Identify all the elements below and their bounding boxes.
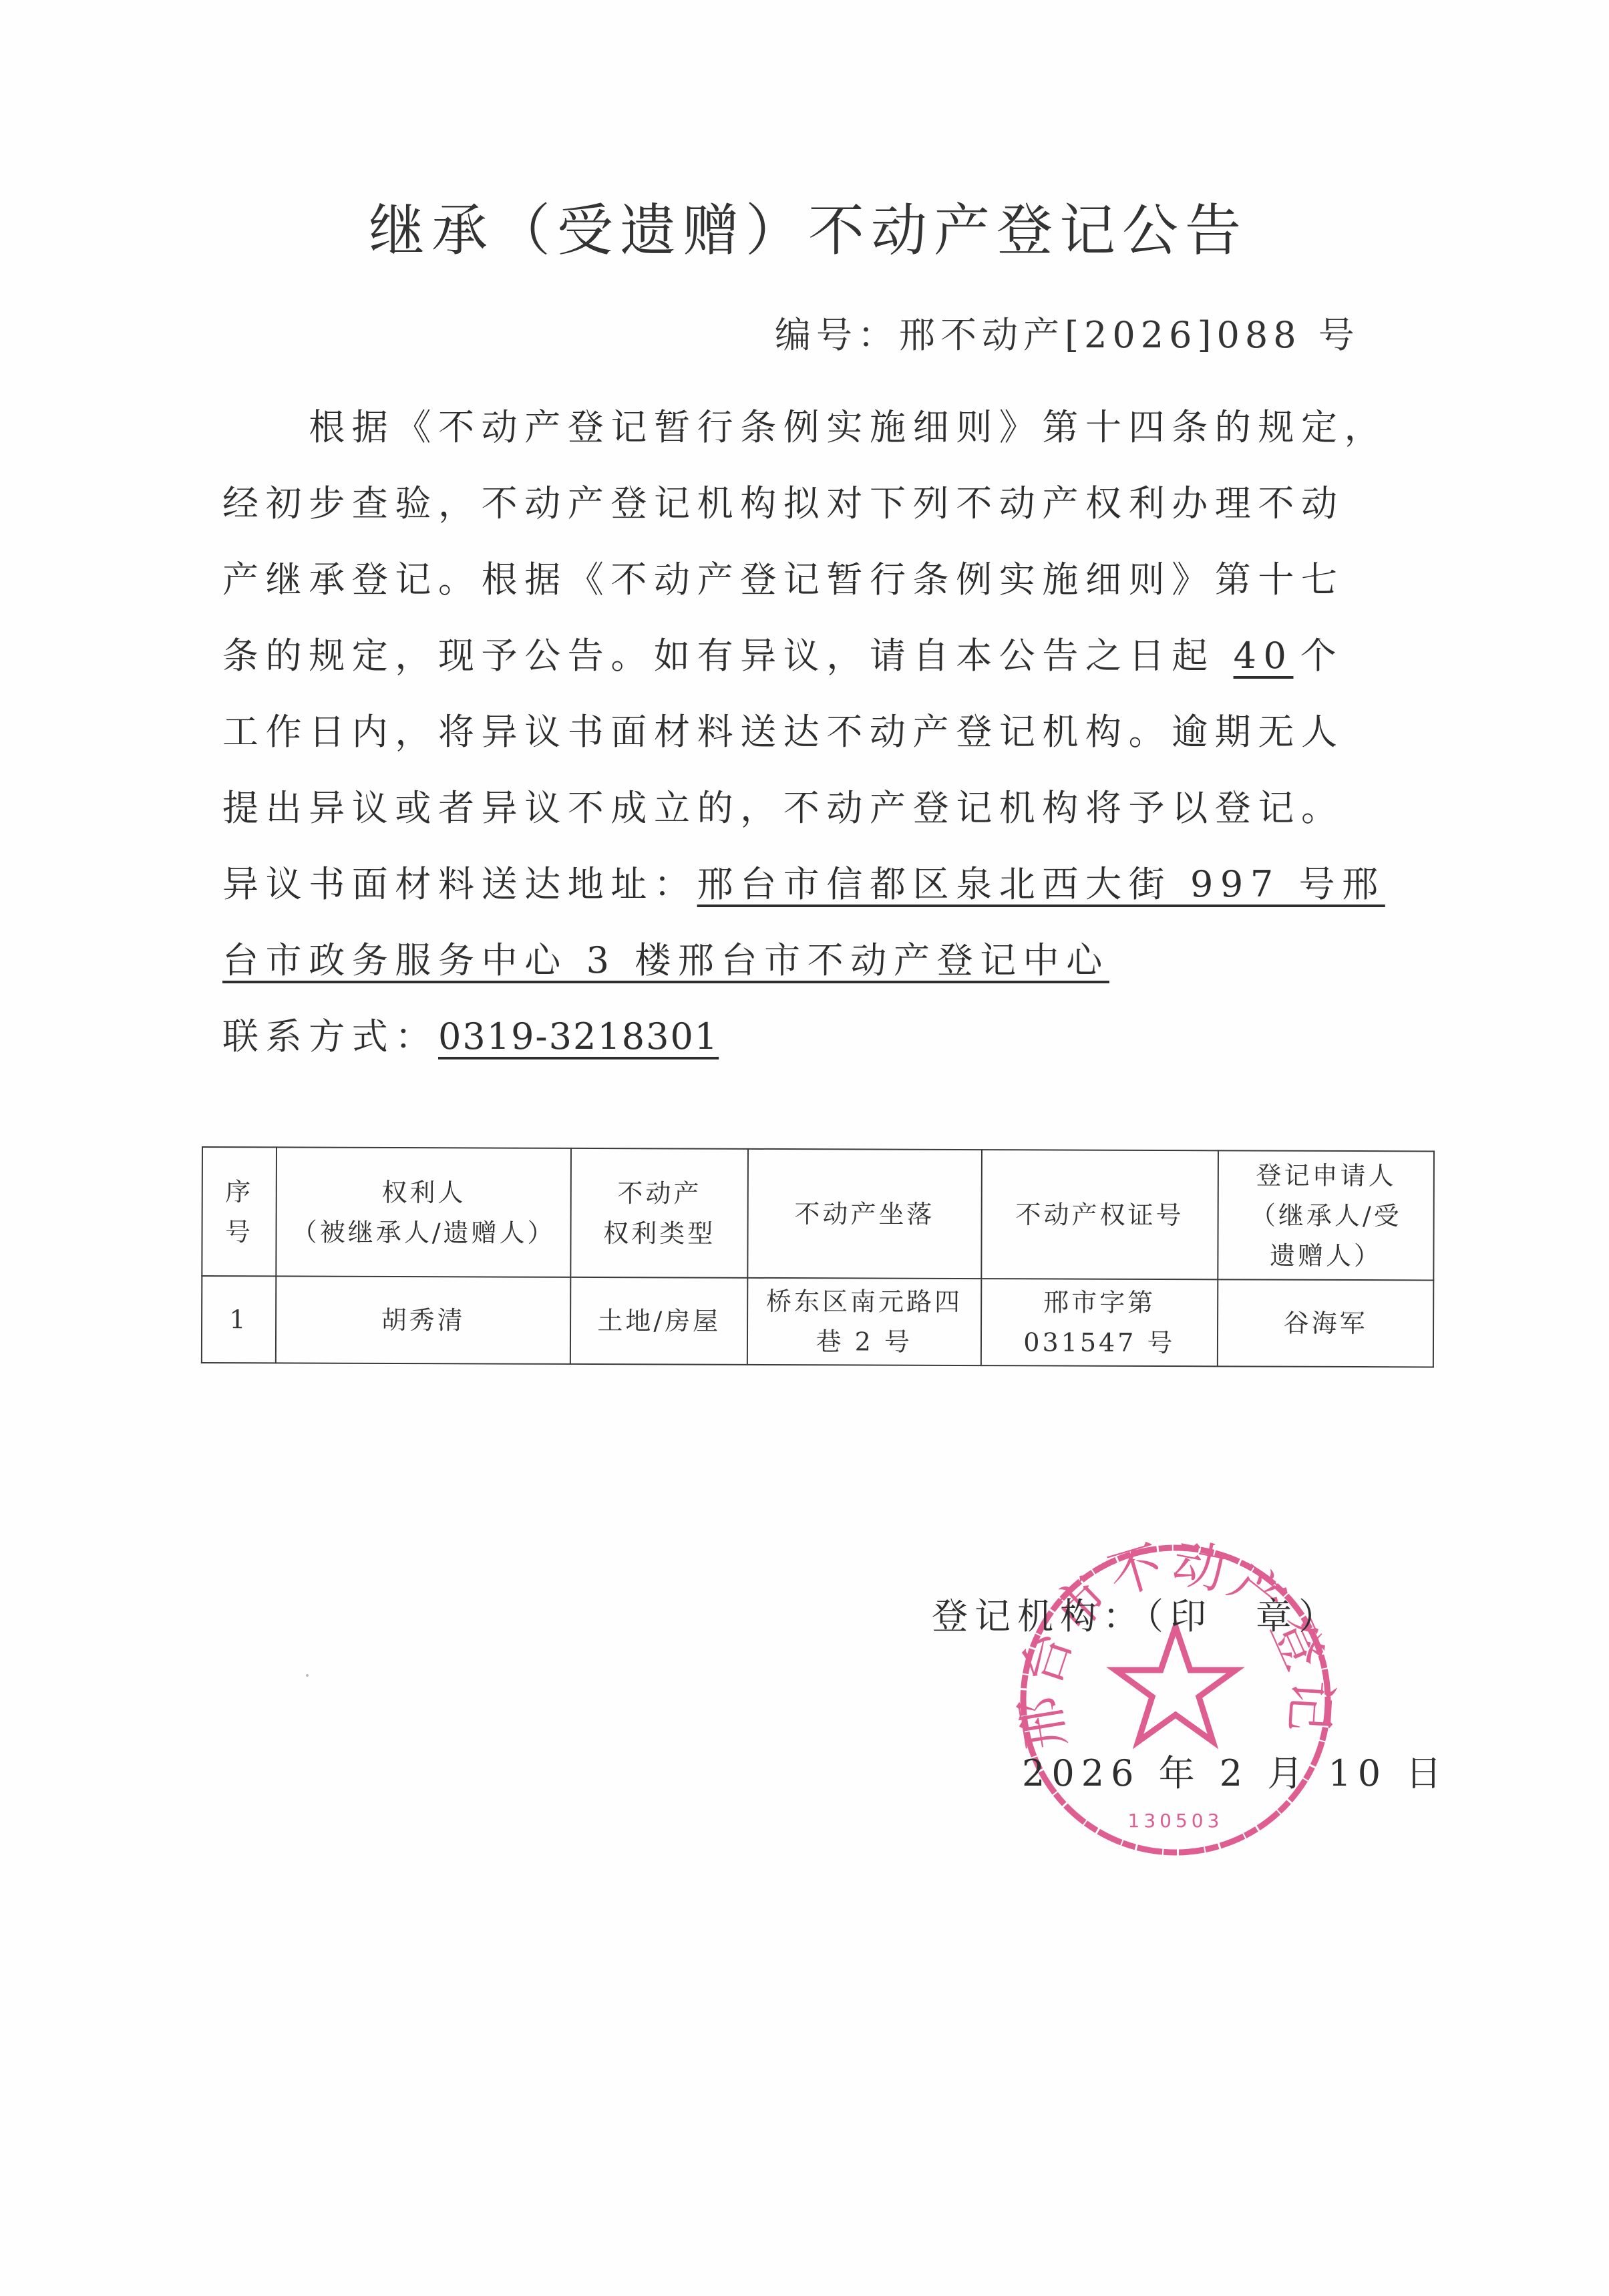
svg-text:130503: 130503 [1128,1810,1224,1832]
document-page: 继承（受遗赠）不动产登记公告 编号：邢不动产[2026]088 号 根据《不动产… [0,0,1609,2296]
body-line-1: 根据《不动产登记暂行条例实施细则》第十四条的规定， [222,401,1387,454]
cell-index: 1 [202,1276,276,1363]
body-line-6: 提出异议或者异议不成立的，不动产登记机构将予以登记。 [222,782,1345,835]
table-row: 1 胡秀清 土地/房屋 桥东区南元路四 巷 2 号 邢市字第 031547 号 … [202,1276,1433,1367]
cell-certificate-no: 邢市字第 031547 号 [980,1279,1218,1366]
address-value-1: 邢台市信都区泉北西大街 997 号邢 [697,863,1385,905]
cell-applicant: 谷海军 [1218,1279,1433,1367]
page-title: 继承（受遗赠）不动产登记公告 [0,194,1609,267]
table-header-row: 序 号 权利人 （被继承人/遗赠人） 不动产 权利类型 不动产坐落 不动产权证号 [202,1147,1434,1280]
cell-right-type: 土地/房屋 [570,1277,747,1365]
header-certificate-no: 不动产权证号 [981,1150,1218,1279]
header-right-type: 不动产 权利类型 [571,1148,748,1278]
contact-phone: 0319-3218301 [438,1015,719,1057]
document-number: 编号：邢不动产[2026]088 号 [775,309,1360,362]
address-line-1: 异议书面材料送达地址：邢台市信都区泉北西大街 997 号邢 [222,858,1385,911]
contact-label: 联系方式： [222,1015,438,1057]
registration-table: 序 号 权利人 （被继承人/遗赠人） 不动产 权利类型 不动产坐落 不动产权证号 [201,1146,1435,1367]
body-line-3: 产继承登记。根据《不动产登记暂行条例实施细则》第十七 [222,553,1345,607]
issue-date: 2026 年 2 月 10 日 [1022,1747,1448,1800]
address-label: 异议书面材料送达地址： [222,863,697,905]
contact-line: 联系方式：0319-3218301 [222,1010,719,1063]
header-location: 不动产坐落 [747,1149,981,1279]
body-line-4-text: 条的规定，现予公告。如有异议，请自本公告之日起 [222,635,1215,677]
body-line-5: 工作日内，将异议书面材料送达不动产登记机构。逾期无人 [222,705,1345,759]
address-value-2: 台市政务服务中心 3 楼邢台市不动产登记中心 [222,939,1109,981]
document-number-label: 编号： [775,314,899,356]
header-applicant: 登记申请人 （继承人/受 遗赠人） [1218,1150,1434,1280]
header-index: 序 号 [202,1147,277,1276]
cell-right-holder: 胡秀清 [276,1276,571,1364]
body-line-4-suffix: 个 [1300,635,1344,677]
address-line-2: 台市政务服务中心 3 楼邢台市不动产登记中心 [222,934,1109,987]
official-seal-icon: 邢台市不动产登记中心 130503 [1009,1533,1343,1867]
body-line-4: 条的规定，现予公告。如有异议，请自本公告之日起 40个 [222,629,1343,683]
registration-authority-seal-label: 登记机构：（印 章） [932,1590,1341,1643]
body-line-2: 经初步查验，不动产登记机构拟对下列不动产权利办理不动 [222,477,1345,530]
header-right-holder: 权利人 （被继承人/遗赠人） [276,1147,571,1277]
cell-location: 桥东区南元路四 巷 2 号 [747,1278,981,1365]
scan-speck [306,1674,309,1677]
objection-days: 40 [1234,629,1300,683]
document-number-value: 邢不动产[2026]088 号 [899,314,1360,356]
